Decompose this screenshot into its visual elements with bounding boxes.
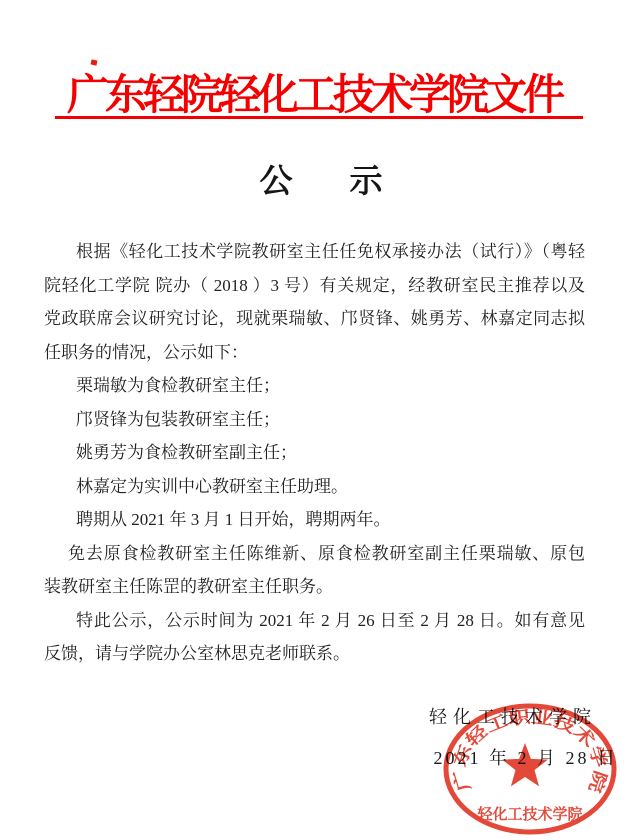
body-line: 根据《轻化工技术学院教研室主任任免权承接办法（试行）》（粤轻 bbox=[76, 235, 585, 269]
document-page: 广东轻院轻化工技术学院文件 公 示 根据《轻化工技术学院教研室主任任免权承接办法… bbox=[0, 0, 628, 840]
body-text: 根据《轻化工技术学院教研室主任任免权承接办法（试行）》（粤轻院轻化工学院 院办（… bbox=[44, 235, 585, 671]
body-line: 姚勇芳为食检教研室副主任； bbox=[76, 436, 585, 470]
star-icon bbox=[502, 743, 548, 786]
announcement-title: 公 示 bbox=[0, 155, 628, 202]
body-line: 党政联席会议研究讨论，现就栗瑞敏、邝贤锋、姚勇芳、林嘉定同志拟 bbox=[44, 302, 585, 336]
letterhead-title: 广东轻院轻化工技术学院文件 bbox=[0, 62, 628, 122]
body-line: 特此公示，公示时间为 2021 年 2 月 26 日至 2 月 28 日。如有意… bbox=[76, 604, 585, 638]
body-line: 任职务的情况，公示如下： bbox=[44, 336, 585, 370]
letterhead-divider-line bbox=[55, 116, 583, 119]
body-line: 院轻化工学院 院办（ 2018 ）3 号）有关规定，经教研室民主推荐以及 bbox=[44, 269, 585, 303]
official-seal: 广东轻工职业技术学院 轻化工技术学院 bbox=[441, 702, 619, 839]
seal-inner-text: 轻化工技术学院 bbox=[476, 805, 582, 823]
body-line: 林嘉定为实训中心教研室主任助理。 bbox=[76, 470, 585, 504]
body-line: 免去原食检教研室主任陈维新、原食检教研室副主任栗瑞敏、原包 bbox=[68, 537, 585, 571]
body-line: 装教研室主任陈罡的教研室主任职务。 bbox=[44, 570, 585, 604]
body-line: 聘期从 2021 年 3 月 1 日开始，聘期两年。 bbox=[76, 503, 585, 537]
body-line: 栗瑞敏为食检教研室主任； bbox=[76, 369, 585, 403]
body-line: 邝贤锋为包装教研室主任； bbox=[76, 403, 585, 437]
body-line: 反馈，请与学院办公室林思克老师联系。 bbox=[44, 637, 585, 671]
